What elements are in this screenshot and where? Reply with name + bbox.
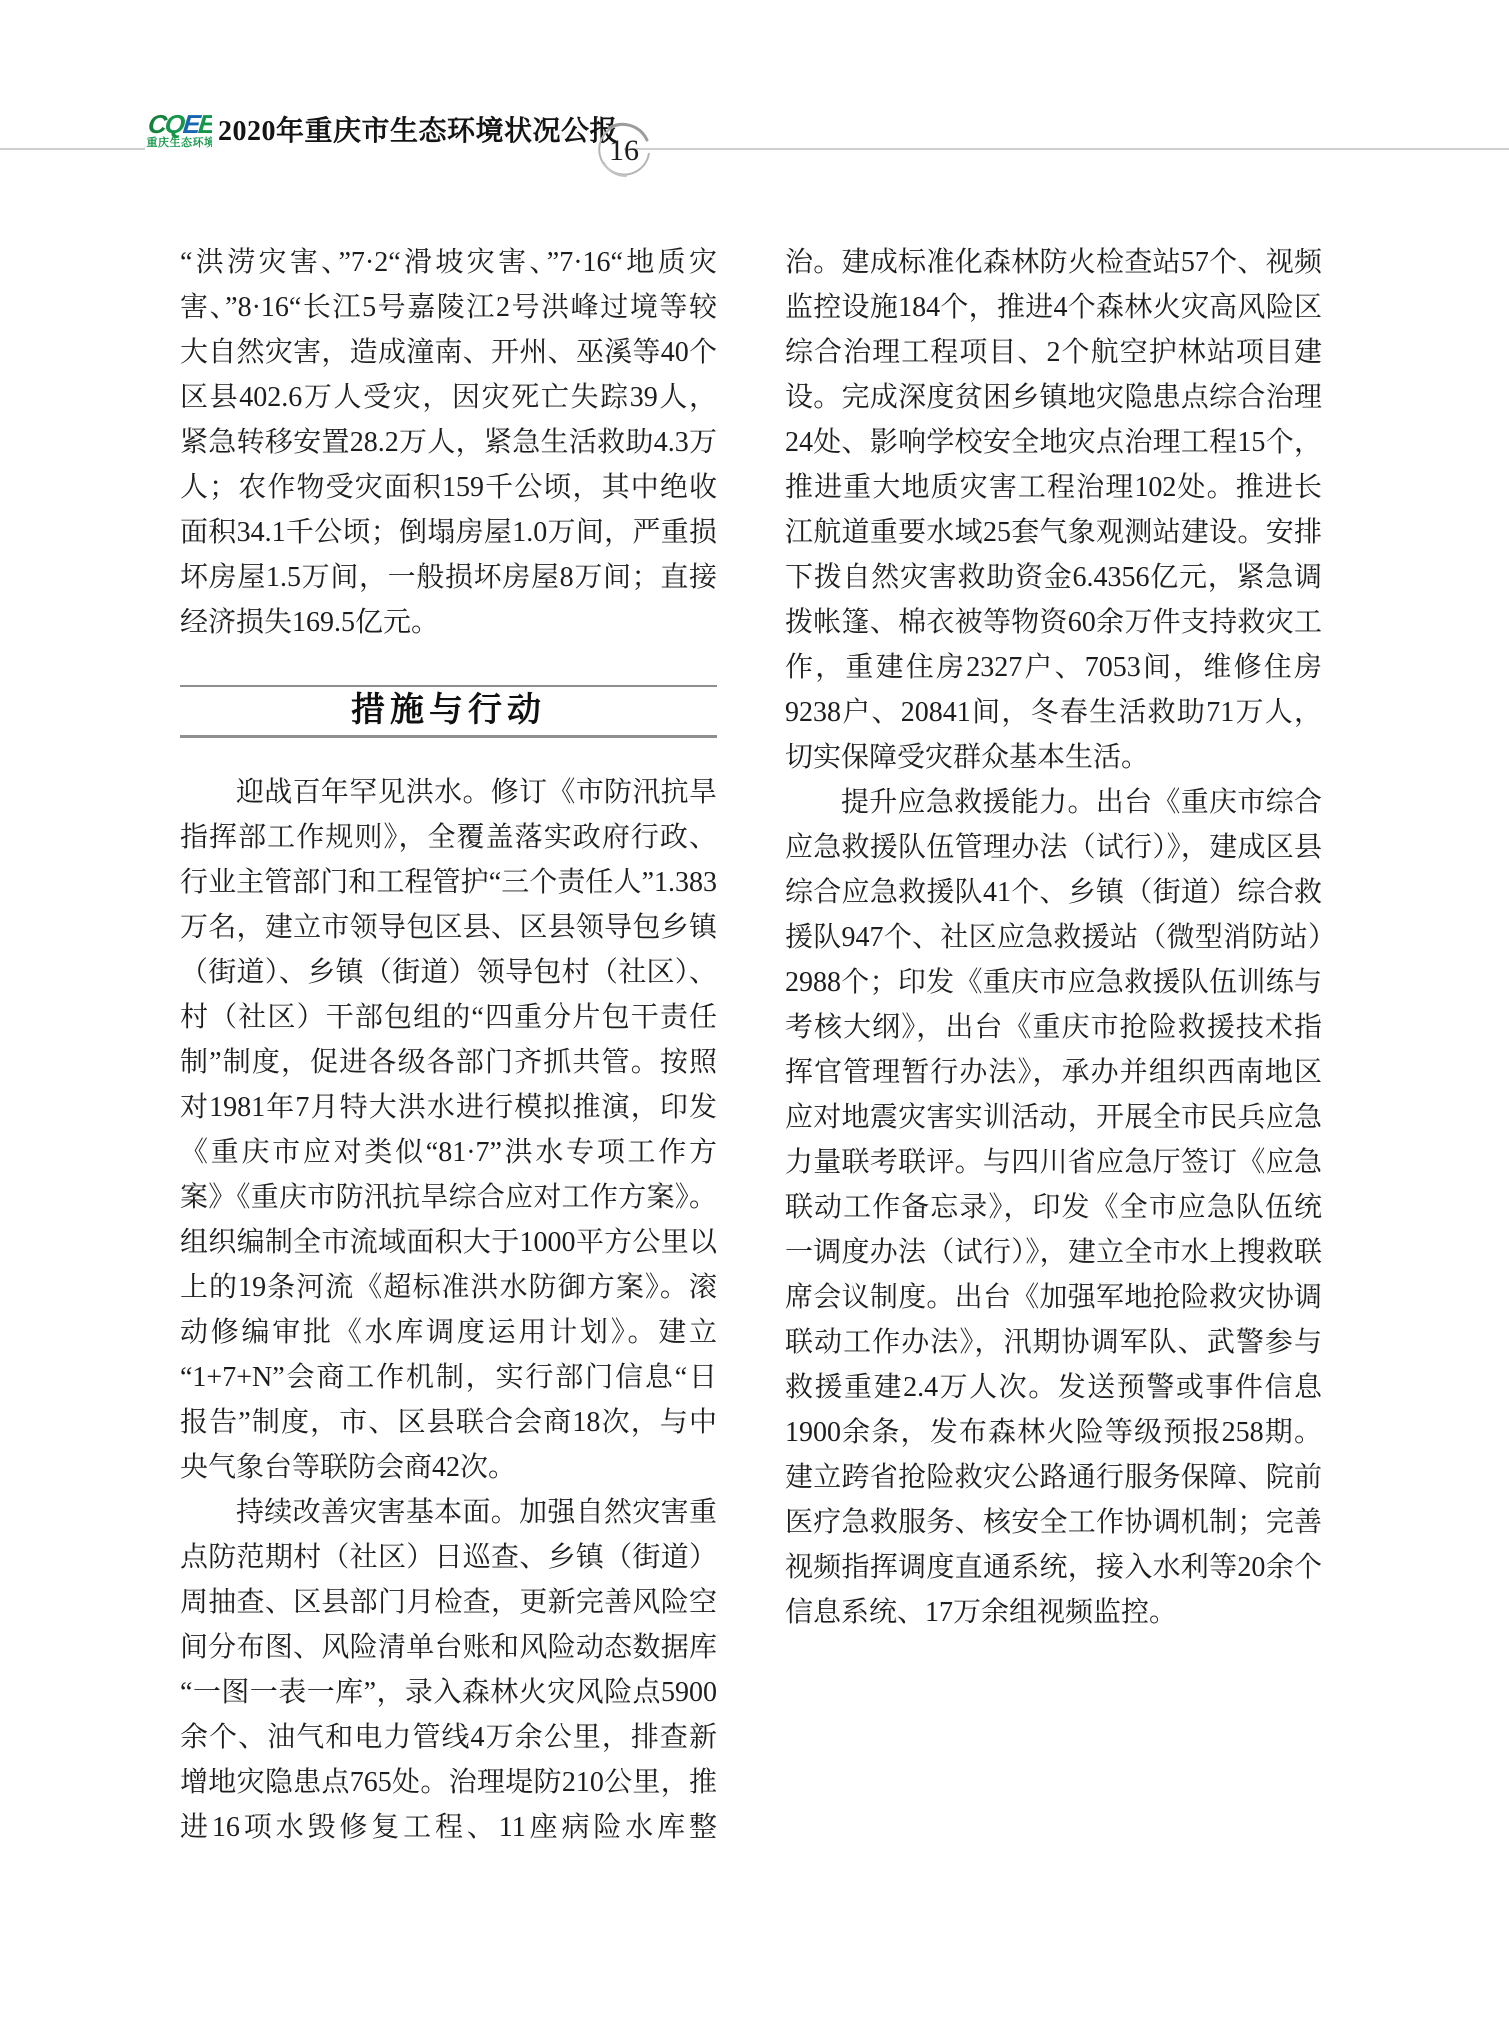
page-number-badge: 16 <box>592 119 656 183</box>
cqee-logo-wordmark: CQEE <box>144 112 219 136</box>
section-heading: 措施与行动 <box>180 685 717 738</box>
page-title: 2020年重庆市生态环境状况公报 <box>212 114 624 150</box>
right-column: 治。建成标准化森林防火检查站57个、视频监控设施184个，推进4个森林火灾高风险… <box>785 240 1322 1635</box>
paragraph: “洪涝灾害、”7·2“滑坡灾害、”7·16“地质灾害、”8·16“长江5号嘉陵江… <box>180 240 717 645</box>
paragraph: 治。建成标准化森林防火检查站57个、视频监控设施184个，推进4个森林火灾高风险… <box>785 240 1322 780</box>
paragraph: 持续改善灾害基本面。加强自然灾害重点防范期村（社区）日巡查、乡镇（街道）周抽查、… <box>180 1490 717 1850</box>
document-page: CQEE 重庆生态环境 2020年重庆市生态环境状况公报 16 “洪涝灾害、”7… <box>0 0 1509 2019</box>
left-column: “洪涝灾害、”7·2“滑坡灾害、”7·16“地质灾害、”8·16“长江5号嘉陵江… <box>180 240 717 1850</box>
paragraph: 提升应急救援能力。出台《重庆市综合应急救援队伍管理办法（试行）》，建成区县综合应… <box>785 780 1322 1635</box>
paragraph: 迎战百年罕见洪水。修订《市防汛抗旱指挥部工作规则》，全覆盖落实政府行政、行业主管… <box>180 770 717 1490</box>
page-number: 16 <box>592 119 656 183</box>
cqee-logo: CQEE 重庆生态环境 <box>145 112 217 150</box>
